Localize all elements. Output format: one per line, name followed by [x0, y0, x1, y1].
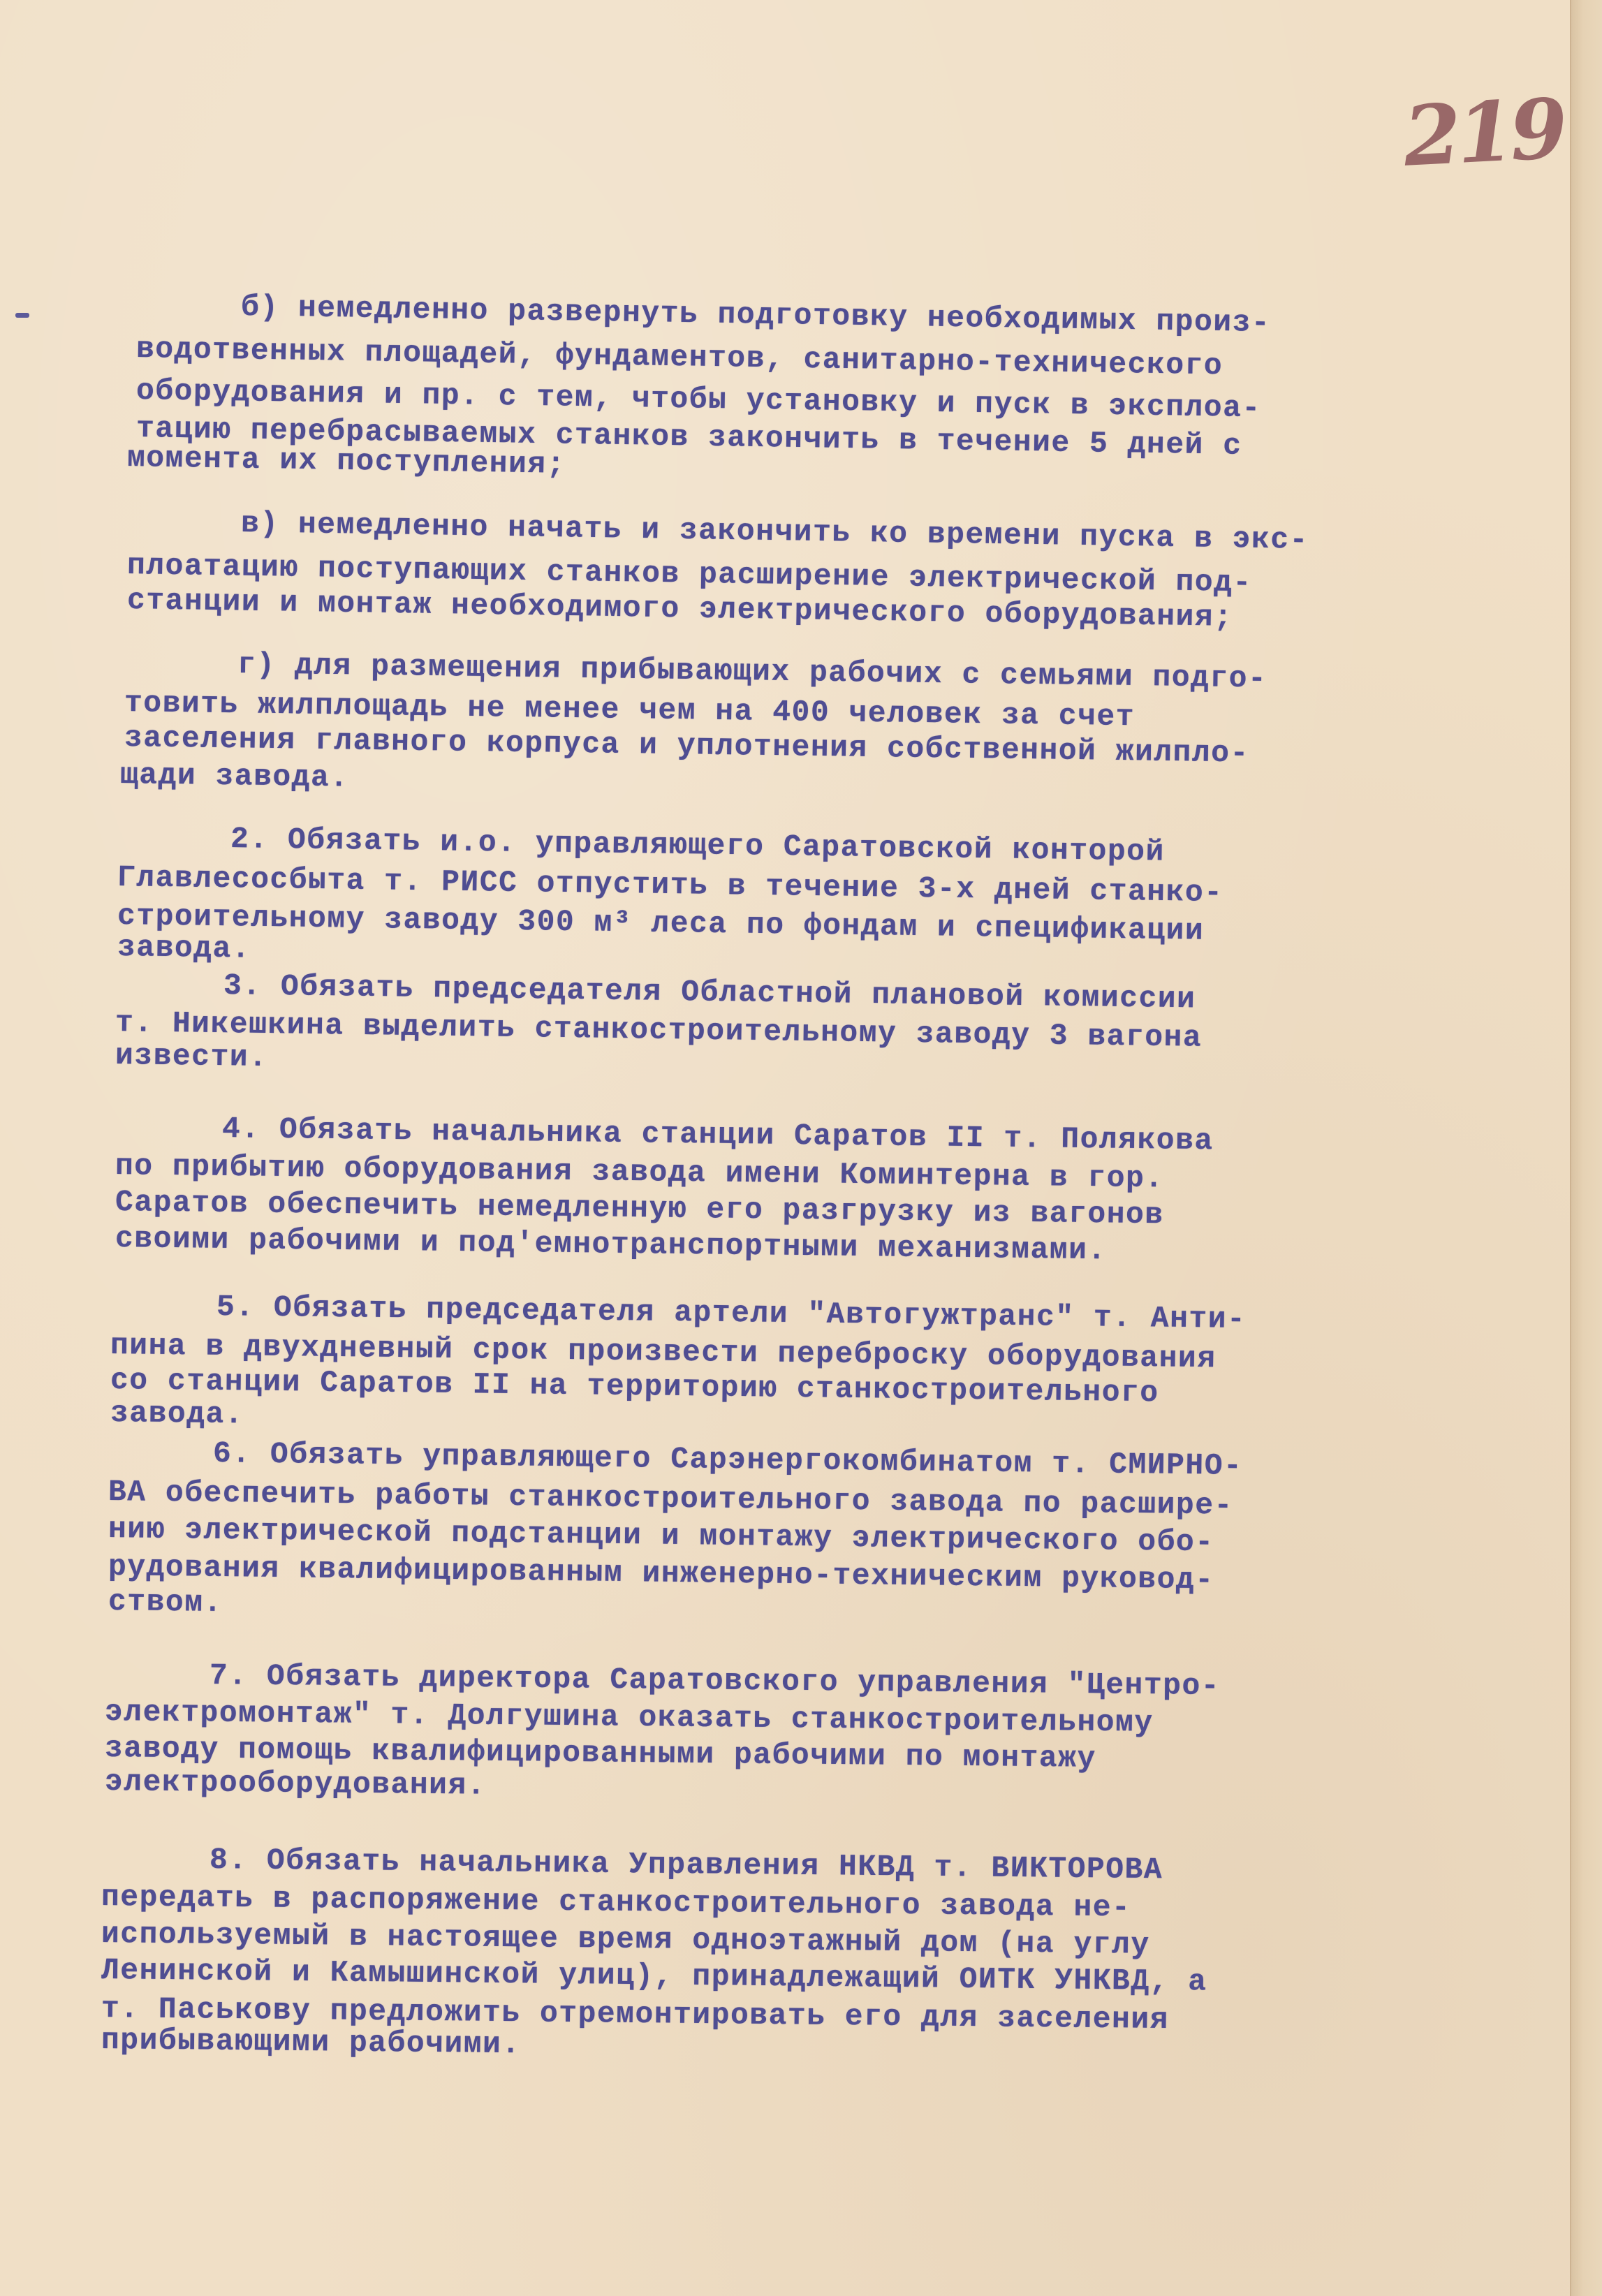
text-line: 3. Обязать председателя Областной планов… [223, 971, 1196, 1014]
text-line: Ленинской и Камышинской улиц), принадлеж… [101, 1955, 1207, 1997]
text-line: используемый в настоящее время одноэтажн… [101, 1919, 1150, 1960]
text-line: извести. [115, 1040, 268, 1073]
text-line: водотвенных площадей, фундаментов, санит… [136, 334, 1223, 381]
text-line: завода. [117, 932, 251, 964]
text-line: своими рабочими и под'емнотранспортными … [115, 1223, 1107, 1265]
text-line: рудования квалифицированным инженерно-те… [108, 1552, 1214, 1595]
text-line: завода. [110, 1398, 244, 1429]
text-line: передать в распоряжение станкостроительн… [101, 1882, 1131, 1922]
text-line: 8. Обязать начальника Управления НКВД т.… [210, 1845, 1163, 1885]
text-line: т. Никешкина выделить станкостроительном… [115, 1008, 1203, 1053]
text-line: прибывающими рабочими. [101, 2025, 521, 2059]
text-line: в) немедленно начать и закончить ко врем… [241, 508, 1309, 555]
document-body: б) немедленно развернуть подготовку необ… [0, 0, 1571, 2296]
text-line: 6. Обязать управляющего Сарэнергокомбина… [213, 1438, 1243, 1481]
page-edge [1570, 0, 1602, 2296]
text-line: электромонтаж" т. Долгушина оказать стан… [105, 1697, 1154, 1738]
text-line: б) немедленно развернуть подготовку необ… [241, 292, 1271, 338]
text-line: ством. [108, 1587, 223, 1618]
text-line: строительному заводу 300 м³ леса по фонд… [117, 901, 1205, 946]
text-line: г) для размещения прибывающих рабочих с … [237, 649, 1267, 694]
text-line: щади завода. [120, 760, 349, 793]
text-line: 4. Обязать начальника станции Саратов II… [222, 1114, 1214, 1156]
text-line: 5. Обязать председателя артели "Автогужт… [216, 1292, 1247, 1334]
text-line: момента их поступления; [127, 443, 566, 480]
text-line: электрооборудования. [105, 1767, 487, 1801]
text-line: 7. Обязать директора Саратовского управл… [210, 1661, 1220, 1701]
text-line: 2. Обязать и.о. управляющего Саратовской… [230, 824, 1165, 867]
